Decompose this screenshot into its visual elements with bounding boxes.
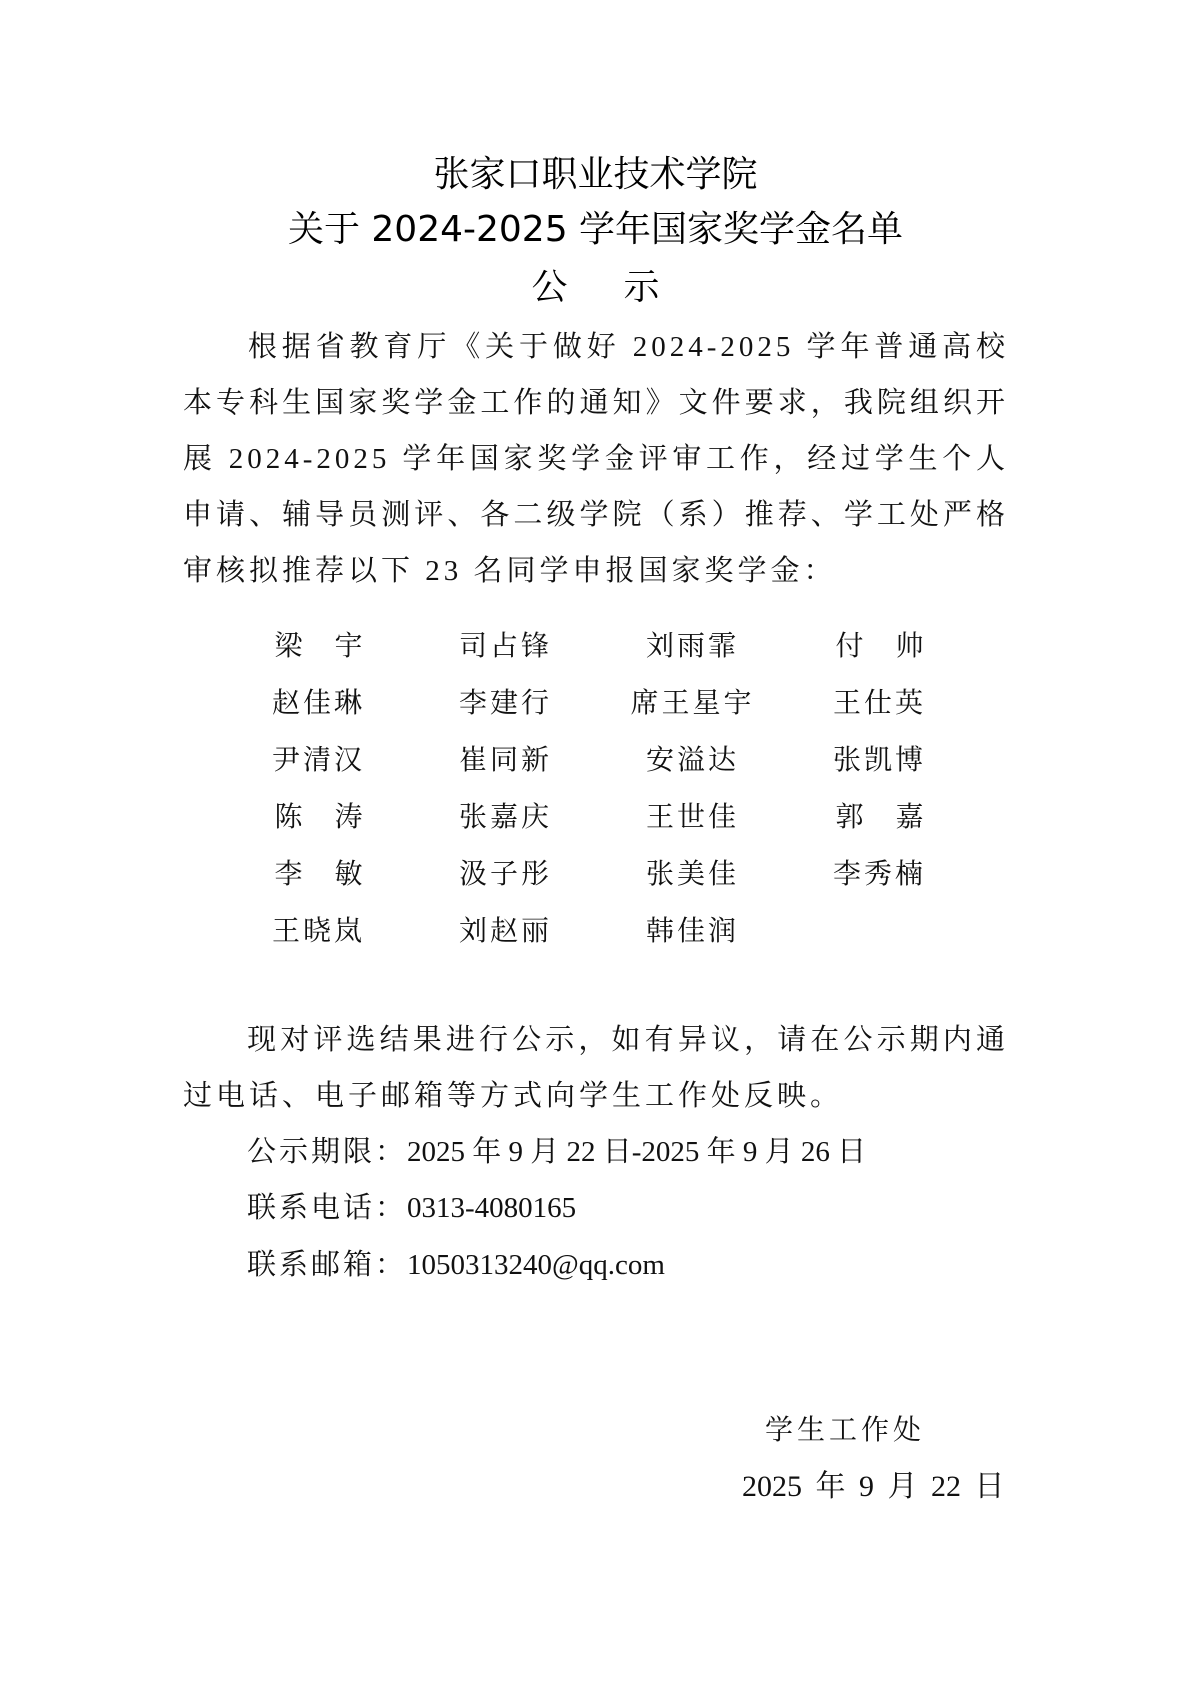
period-value: 2025 年 9 月 22 日-2025 年 9 月 26 日 <box>407 1136 866 1168</box>
intro-text: 根据省教育厅《关于做好 2024-2025 学年普通高校本专科生国家奖学金工作的… <box>183 331 1009 587</box>
recipient-name: 张凯博 <box>786 729 973 786</box>
recipient-name: 崔同新 <box>412 729 599 786</box>
contact-email: 联系邮箱：1050313240@qq.com <box>247 1245 665 1285</box>
recipient-name: 王世佳 <box>599 786 786 843</box>
recipient-name: 张嘉庆 <box>412 786 599 843</box>
intro-paragraph: 根据省教育厅《关于做好 2024-2025 学年普通高校本专科生国家奖学金工作的… <box>183 319 1009 599</box>
notice-text: 现对评选结果进行公示，如有异议，请在公示期内通过电话、电子邮箱等方式向学生工作处… <box>183 1024 1009 1112</box>
recipient-name: 刘赵丽 <box>412 900 599 957</box>
phone-label: 联系电话： <box>247 1192 407 1224</box>
email-label: 联系邮箱： <box>247 1249 407 1281</box>
recipient-name: 李建行 <box>412 672 599 729</box>
email-value: 1050313240@qq.com <box>407 1249 665 1281</box>
recipient-name: 韩佳润 <box>599 900 786 957</box>
recipient-name: 刘雨霏 <box>599 615 786 672</box>
recipient-name: 赵佳琳 <box>225 672 412 729</box>
recipient-name: 王晓岚 <box>225 900 412 957</box>
publicity-period: 公示期限：2025 年 9 月 22 日-2025 年 9 月 26 日 <box>247 1132 866 1172</box>
issue-date: 2025 年 9 月 22 日 <box>742 1467 1005 1507</box>
document-subtitle: 公示 <box>0 268 1191 308</box>
document-page: 张家口职业技术学院 关于 2024-2025 学年国家奖学金名单 公示 根据省教… <box>0 0 1191 1684</box>
document-title: 关于 2024-2025 学年国家奖学金名单 <box>0 210 1191 250</box>
period-label: 公示期限： <box>247 1136 407 1168</box>
recipient-name: 张美佳 <box>599 843 786 900</box>
recipient-name: 王仕英 <box>786 672 973 729</box>
recipient-name: 席王星宇 <box>599 672 786 729</box>
phone-value: 0313-4080165 <box>407 1192 576 1224</box>
recipient-name: 司占锋 <box>412 615 599 672</box>
recipient-name: 梁宇 <box>225 615 412 672</box>
recipient-name: 安溢达 <box>599 729 786 786</box>
contact-phone: 联系电话：0313-4080165 <box>247 1188 576 1228</box>
institution-title: 张家口职业技术学院 <box>0 155 1191 195</box>
notice-paragraph: 现对评选结果进行公示，如有异议，请在公示期内通过电话、电子邮箱等方式向学生工作处… <box>183 1012 1009 1124</box>
recipient-name: 付帅 <box>786 615 973 672</box>
recipient-name: 李敏 <box>225 843 412 900</box>
recipient-name: 尹清汉 <box>225 729 412 786</box>
recipient-name: 汲子彤 <box>412 843 599 900</box>
recipient-name: 郭嘉 <box>786 786 973 843</box>
recipient-list: 梁宇司占锋刘雨霏付帅赵佳琳李建行席王星宇王仕英尹清汉崔同新安溢达张凯博陈涛张嘉庆… <box>225 615 975 957</box>
recipient-name: 陈涛 <box>225 786 412 843</box>
issuer-signature: 学生工作处 <box>765 1410 925 1450</box>
recipient-name: 李秀楠 <box>786 843 973 900</box>
